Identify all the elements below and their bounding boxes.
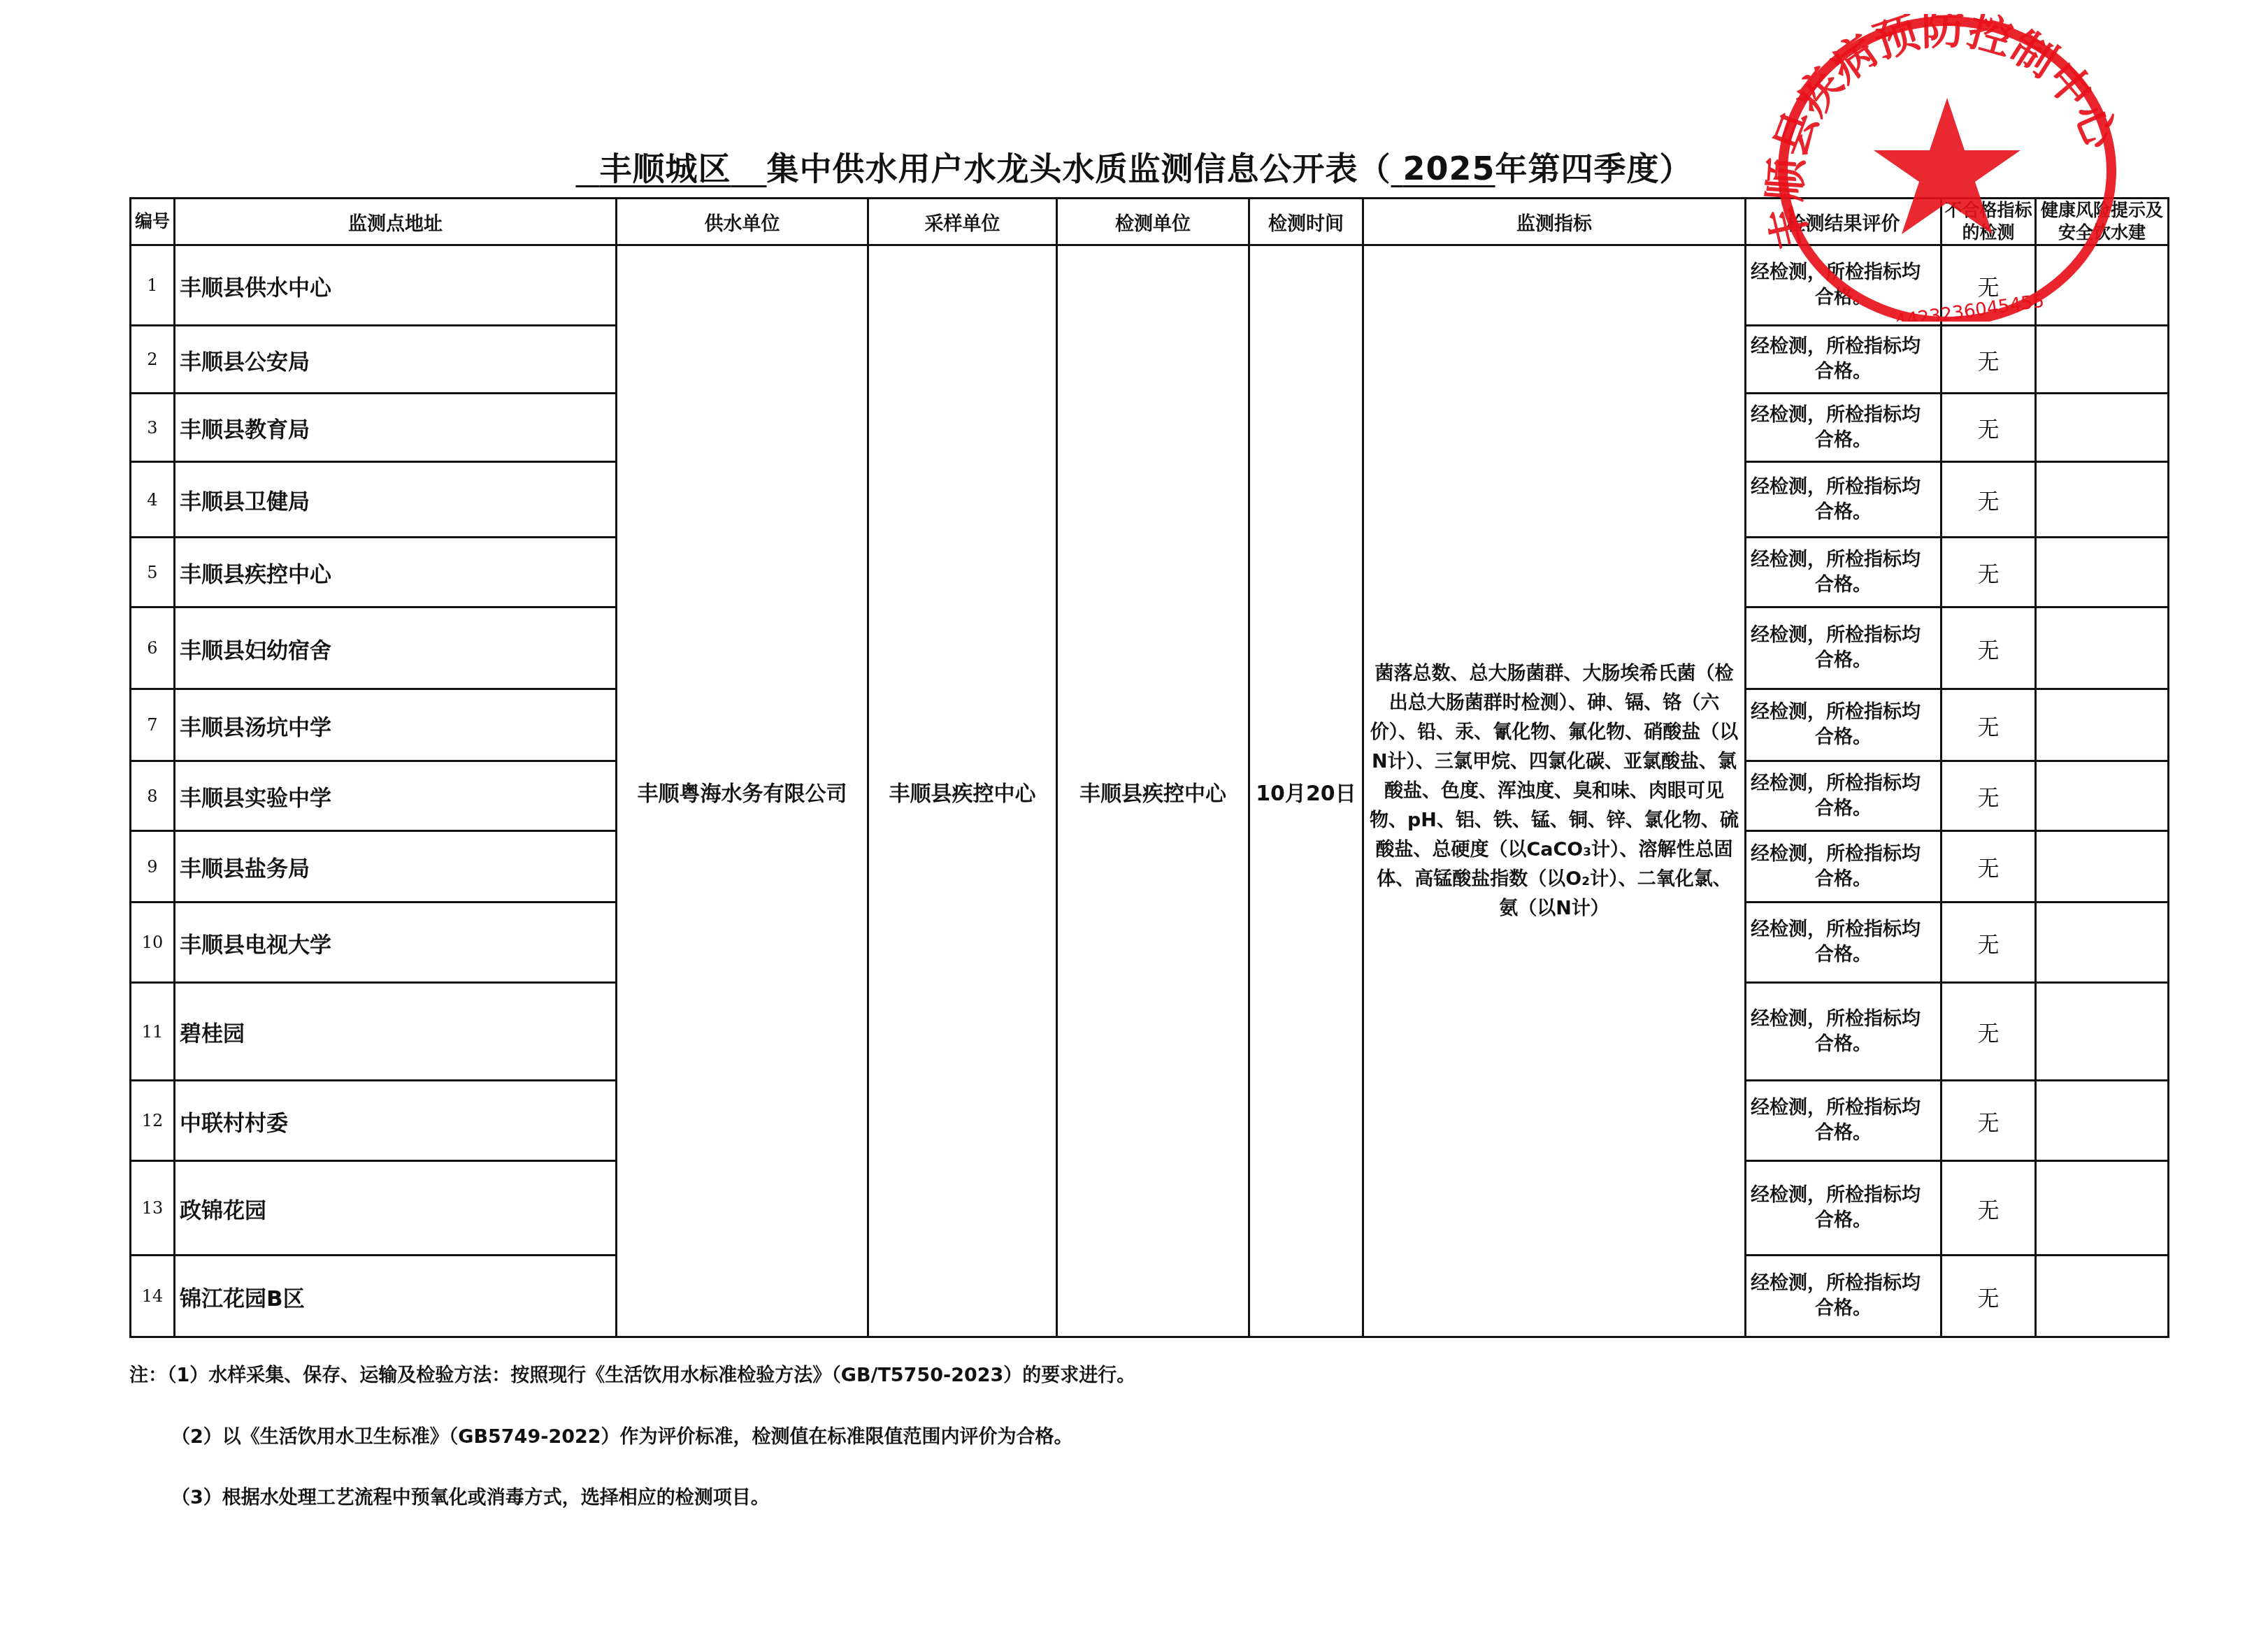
header-health-risk: 健康风险提示及安全饮水建	[2036, 199, 2169, 245]
evaluation-line-1: 经检测，所检指标均	[1751, 1095, 1936, 1121]
row-address: 丰顺县电视大学	[175, 902, 617, 983]
row-address: 丰顺县汤坑中学	[175, 689, 617, 761]
row-no: 10	[131, 902, 175, 983]
evaluation-line-2: 合格。	[1815, 868, 1872, 890]
evaluation-line-2: 合格。	[1815, 944, 1872, 965]
row-address: 丰顺县妇幼宿舍	[175, 607, 617, 689]
row-no: 14	[131, 1256, 175, 1337]
evaluation-line-2: 合格。	[1815, 726, 1872, 748]
row-nonconforming: 无	[1942, 394, 2036, 462]
row-address: 丰顺县公安局	[175, 326, 617, 394]
row-no: 8	[131, 761, 175, 831]
table-row: 1丰顺县供水中心丰顺粤海水务有限公司丰顺县疾控中心丰顺县疾控中心10月20日菌落…	[131, 245, 2169, 326]
row-no: 6	[131, 607, 175, 689]
note-1: 注：（1）水样采集、保存、运输及检验方法：按照现行《生活饮用水标准检验方法》（G…	[129, 1360, 1135, 1387]
evaluation-line-1: 经检测，所检指标均	[1751, 917, 1936, 942]
row-health-risk	[2036, 761, 2169, 831]
row-address: 丰顺县实验中学	[175, 761, 617, 831]
header-supplier: 供水单位	[617, 199, 868, 245]
row-no: 1	[131, 245, 175, 326]
row-address: 丰顺县盐务局	[175, 831, 617, 902]
row-health-risk	[2036, 831, 2169, 902]
row-address: 丰顺县教育局	[175, 394, 617, 462]
row-evaluation: 经检测，所检指标均合格。	[1746, 902, 1942, 983]
row-no: 12	[131, 1081, 175, 1161]
row-no: 2	[131, 326, 175, 394]
evaluation-line-2: 合格。	[1815, 574, 1872, 596]
evaluation-line-1: 经检测，所检指标均	[1751, 771, 1936, 796]
row-evaluation: 经检测，所检指标均合格。	[1746, 1256, 1942, 1337]
evaluation-line-2: 合格。	[1815, 1209, 1872, 1231]
row-health-risk	[2036, 983, 2169, 1081]
row-evaluation: 经检测，所检指标均合格。	[1746, 538, 1942, 607]
water-quality-table: 编号 监测点地址 供水单位 采样单位 检测单位 检测时间 监测指标 检测结果评价…	[129, 197, 2169, 1338]
evaluation-line-2: 合格。	[1815, 1122, 1872, 1144]
indicators-cell: 菌落总数、总大肠菌群、大肠埃希氏菌（检出总大肠菌群时检测）、砷、镉、铬（六价）、…	[1363, 245, 1746, 1337]
test-time-cell: 10月20日	[1249, 245, 1363, 1337]
header-row: 编号 监测点地址 供水单位 采样单位 检测单位 检测时间 监测指标 检测结果评价…	[131, 199, 2169, 245]
row-evaluation: 经检测，所检指标均合格。	[1746, 607, 1942, 689]
tester-cell: 丰顺县疾控中心	[1057, 245, 1249, 1337]
row-address: 中联村村委	[175, 1081, 617, 1161]
evaluation-line-1: 经检测，所检指标均	[1751, 547, 1936, 573]
row-nonconforming: 无	[1942, 245, 2036, 326]
evaluation-line-1: 经检测，所检指标均	[1751, 1007, 1936, 1032]
evaluation-line-2: 合格。	[1815, 287, 1872, 308]
row-address: 丰顺县供水中心	[175, 245, 617, 326]
row-nonconforming: 无	[1942, 983, 2036, 1081]
evaluation-line-2: 合格。	[1815, 361, 1872, 382]
evaluation-line-1: 经检测，所检指标均	[1751, 623, 1936, 648]
row-health-risk	[2036, 1161, 2169, 1256]
sampler-cell: 丰顺县疾控中心	[868, 245, 1057, 1337]
row-nonconforming: 无	[1942, 1256, 2036, 1337]
evaluation-line-1: 经检测，所检指标均	[1751, 334, 1936, 359]
evaluation-line-1: 经检测，所检指标均	[1751, 1183, 1936, 1208]
row-nonconforming: 无	[1942, 326, 2036, 394]
row-evaluation: 经检测，所检指标均合格。	[1746, 1081, 1942, 1161]
header-no: 编号	[131, 199, 175, 245]
row-nonconforming: 无	[1942, 538, 2036, 607]
row-health-risk	[2036, 607, 2169, 689]
row-evaluation: 经检测，所检指标均合格。	[1746, 394, 1942, 462]
row-no: 13	[131, 1161, 175, 1256]
evaluation-line-1: 经检测，所检指标均	[1751, 260, 1936, 285]
row-health-risk	[2036, 538, 2169, 607]
row-health-risk	[2036, 462, 2169, 538]
row-health-risk	[2036, 394, 2169, 462]
row-no: 11	[131, 983, 175, 1081]
row-address: 丰顺县疾控中心	[175, 538, 617, 607]
row-evaluation: 经检测，所检指标均合格。	[1746, 689, 1942, 761]
header-sampler: 采样单位	[868, 199, 1057, 245]
row-health-risk	[2036, 689, 2169, 761]
row-evaluation: 经检测，所检指标均合格。	[1746, 326, 1942, 394]
row-evaluation: 经检测，所检指标均合格。	[1746, 245, 1942, 326]
row-health-risk	[2036, 326, 2169, 394]
row-nonconforming: 无	[1942, 1161, 2036, 1256]
row-evaluation: 经检测，所检指标均合格。	[1746, 983, 1942, 1081]
evaluation-line-2: 合格。	[1815, 798, 1872, 819]
title-main: 集中供水用户水龙头水质监测信息公开表（	[767, 150, 1391, 187]
supplier-cell: 丰顺粤海水务有限公司	[617, 245, 868, 1337]
evaluation-line-2: 合格。	[1815, 429, 1872, 451]
row-evaluation: 经检测，所检指标均合格。	[1746, 831, 1942, 902]
title-district: 丰顺城区	[575, 150, 766, 187]
evaluation-line-2: 合格。	[1815, 501, 1872, 523]
row-evaluation: 经检测，所检指标均合格。	[1746, 761, 1942, 831]
row-nonconforming: 无	[1942, 462, 2036, 538]
header-nonconforming: 不合格指标的检测	[1942, 199, 2036, 245]
evaluation-line-2: 合格。	[1815, 1033, 1872, 1055]
row-health-risk	[2036, 245, 2169, 326]
note-2: （2）以《生活饮用水卫生标准》（GB5749-2022）作为评价标准，检测值在标…	[171, 1421, 1073, 1448]
evaluation-line-1: 经检测，所检指标均	[1751, 842, 1936, 867]
header-indicators: 监测指标	[1363, 199, 1746, 245]
row-no: 5	[131, 538, 175, 607]
row-health-risk	[2036, 1081, 2169, 1161]
row-nonconforming: 无	[1942, 761, 2036, 831]
evaluation-line-1: 经检测，所检指标均	[1751, 1271, 1936, 1296]
row-evaluation: 经检测，所检指标均合格。	[1746, 462, 1942, 538]
header-test-time: 检测时间	[1249, 199, 1363, 245]
row-nonconforming: 无	[1942, 831, 2036, 902]
row-health-risk	[2036, 902, 2169, 983]
evaluation-line-1: 经检测，所检指标均	[1751, 700, 1936, 725]
evaluation-line-1: 经检测，所检指标均	[1751, 403, 1936, 428]
row-nonconforming: 无	[1942, 902, 2036, 983]
row-nonconforming: 无	[1942, 607, 2036, 689]
evaluation-line-1: 经检测，所检指标均	[1751, 475, 1936, 500]
title-suffix: 年第四季度）	[1495, 150, 1693, 187]
row-address: 碧桂园	[175, 983, 617, 1081]
row-no: 4	[131, 462, 175, 538]
row-no: 7	[131, 689, 175, 761]
row-address: 锦江花园B区	[175, 1256, 617, 1337]
header-tester: 检测单位	[1057, 199, 1249, 245]
header-evaluation: 检测结果评价	[1746, 199, 1942, 245]
row-nonconforming: 无	[1942, 689, 2036, 761]
header-address: 监测点地址	[175, 199, 617, 245]
row-health-risk	[2036, 1256, 2169, 1337]
page-title: 丰顺城区 集中供水用户水龙头水质监测信息公开表（ 2025年第四季度）	[0, 143, 2268, 189]
row-nonconforming: 无	[1942, 1081, 2036, 1161]
row-no: 9	[131, 831, 175, 902]
evaluation-line-2: 合格。	[1815, 1297, 1872, 1319]
row-address: 丰顺县卫健局	[175, 462, 617, 538]
title-year: 2025	[1391, 150, 1495, 187]
evaluation-line-2: 合格。	[1815, 649, 1872, 671]
row-no: 3	[131, 394, 175, 462]
row-address: 政锦花园	[175, 1161, 617, 1256]
row-evaluation: 经检测，所检指标均合格。	[1746, 1161, 1942, 1256]
note-3: （3）根据水处理工艺流程中预氧化或消毒方式，选择相应的检测项目。	[171, 1482, 770, 1509]
